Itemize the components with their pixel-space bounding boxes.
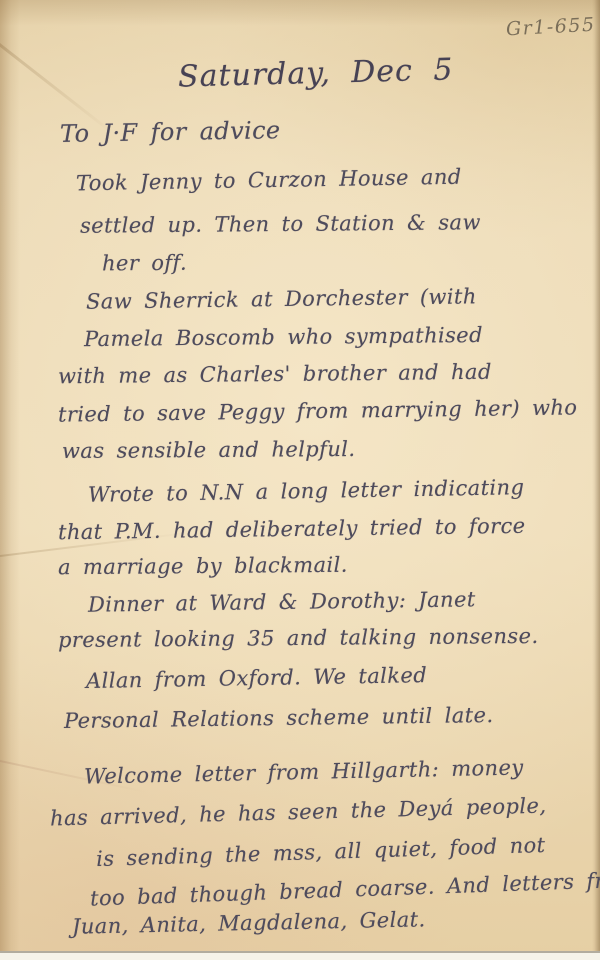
date-heading: Saturday, Dec 5	[178, 52, 454, 94]
handwritten-line: Personal Relations scheme until late.	[64, 703, 494, 733]
handwritten-line: Juan, Anita, Magdalena, Gelat.	[72, 907, 426, 938]
handwritten-line: was sensible and helpful.	[62, 437, 356, 463]
handwritten-line: To J·F for advice	[60, 116, 281, 148]
handwritten-line: with me as Charles' brother and had	[58, 360, 492, 389]
diary-page: Gr1-655 Saturday, Dec 5 To J·F for advic…	[0, 0, 600, 960]
handwritten-line: Saw Sherrick at Dorchester (with	[86, 284, 477, 313]
archive-mark: Gr1-655	[505, 14, 596, 41]
handwritten-line: too bad though bread coarse. And letters…	[90, 867, 600, 910]
handwritten-line: Took Jenny to Curzon House and	[76, 165, 462, 196]
handwritten-line: settled up. Then to Station & saw	[80, 210, 481, 237]
handwritten-line: Pamela Boscomb who sympathised	[84, 323, 483, 351]
page-left-shadow	[0, 0, 20, 960]
handwritten-line: a marriage by blackmail.	[58, 553, 348, 580]
scan-bottom-edge	[0, 951, 600, 960]
handwritten-line: her off.	[102, 251, 187, 276]
handwritten-line: is sending the mss, all quiet, food not	[96, 833, 546, 871]
handwritten-line: that P.M. had deliberately tried to forc…	[58, 514, 526, 545]
handwritten-line: present looking 35 and talking nonsense.	[58, 624, 539, 652]
page-right-shadow	[592, 0, 600, 960]
handwritten-line: Wrote to N.N a long letter indicating	[88, 475, 525, 507]
handwritten-line: Allan from Oxford. We talked	[86, 663, 427, 693]
handwritten-line: Welcome letter from Hillgarth: money	[84, 755, 524, 788]
handwritten-line: tried to save Peggy from marrying her) w…	[58, 395, 578, 426]
handwritten-line: Dinner at Ward & Dorothy: Janet	[88, 587, 476, 616]
handwritten-line: has arrived, he has seen the Deyá people…	[50, 794, 547, 831]
